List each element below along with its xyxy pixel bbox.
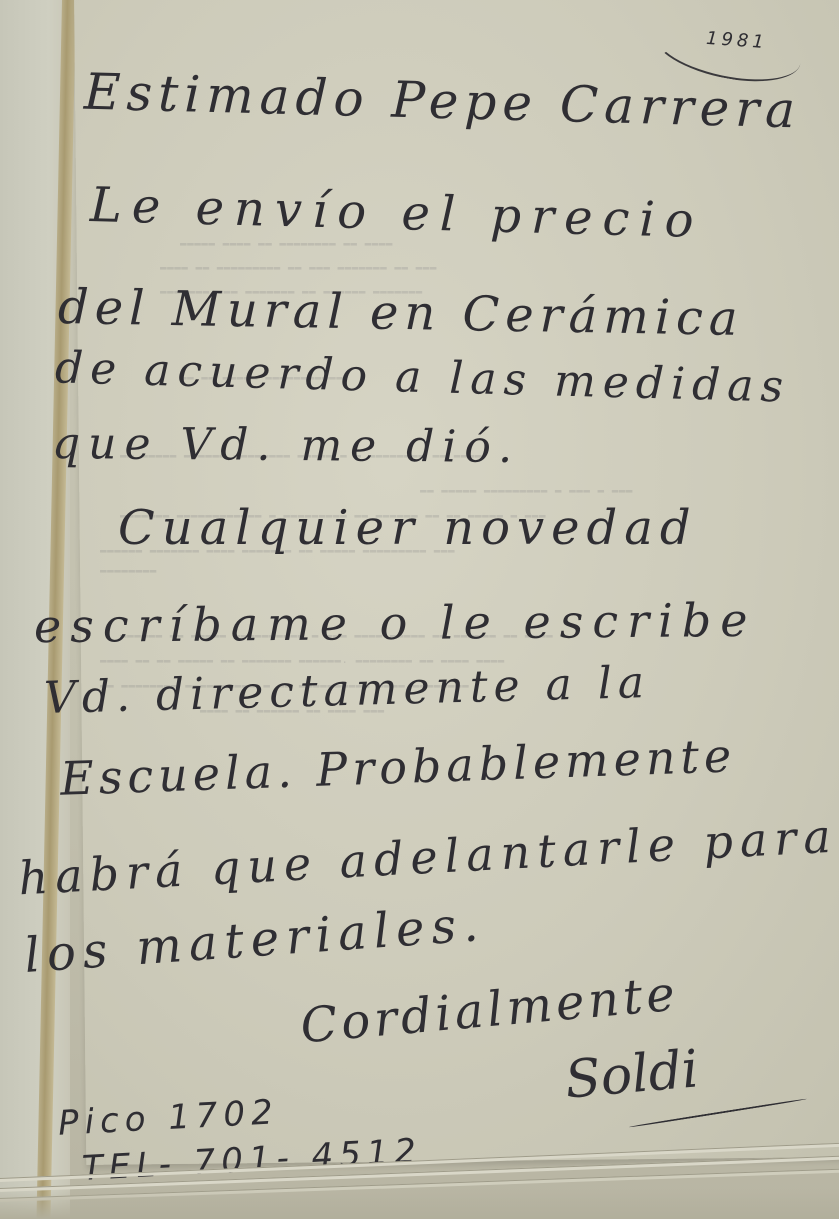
- signature: Soldi: [563, 1039, 701, 1110]
- body-line: que Vd. me dió.: [52, 418, 521, 473]
- bottom-shadow: [0, 1189, 839, 1219]
- body-line: Cualquier novedad: [118, 500, 698, 556]
- body-line: escríbame o le escribe: [34, 593, 757, 653]
- bleed-through-text: ▬▬▬▬▬▬▬▬: [100, 565, 157, 577]
- photo-scene: ▬▬▬▬▬ ▬▬▬▬ ▬▬ ▬▬▬▬▬▬▬▬ ▬▬ ▬▬▬▬ ▬▬▬▬ ▬▬ ▬…: [0, 0, 839, 1219]
- bleed-through-text: ▬▬▬▬ ▬▬ ▬▬▬▬▬▬▬▬▬ ▬▬ ▬▬▬ ▬▬▬▬▬▬▬ ▬▬ ▬▬▬: [160, 262, 437, 274]
- bleed-through-text: ▬▬ ▬▬▬▬▬ ▬▬▬▬▬▬▬▬▬ ▬ ▬▬▬ ▬ ▬▬▬: [420, 485, 633, 497]
- body-line: del Mural en Cerámica: [58, 279, 744, 347]
- letter-date: 1981: [705, 28, 768, 53]
